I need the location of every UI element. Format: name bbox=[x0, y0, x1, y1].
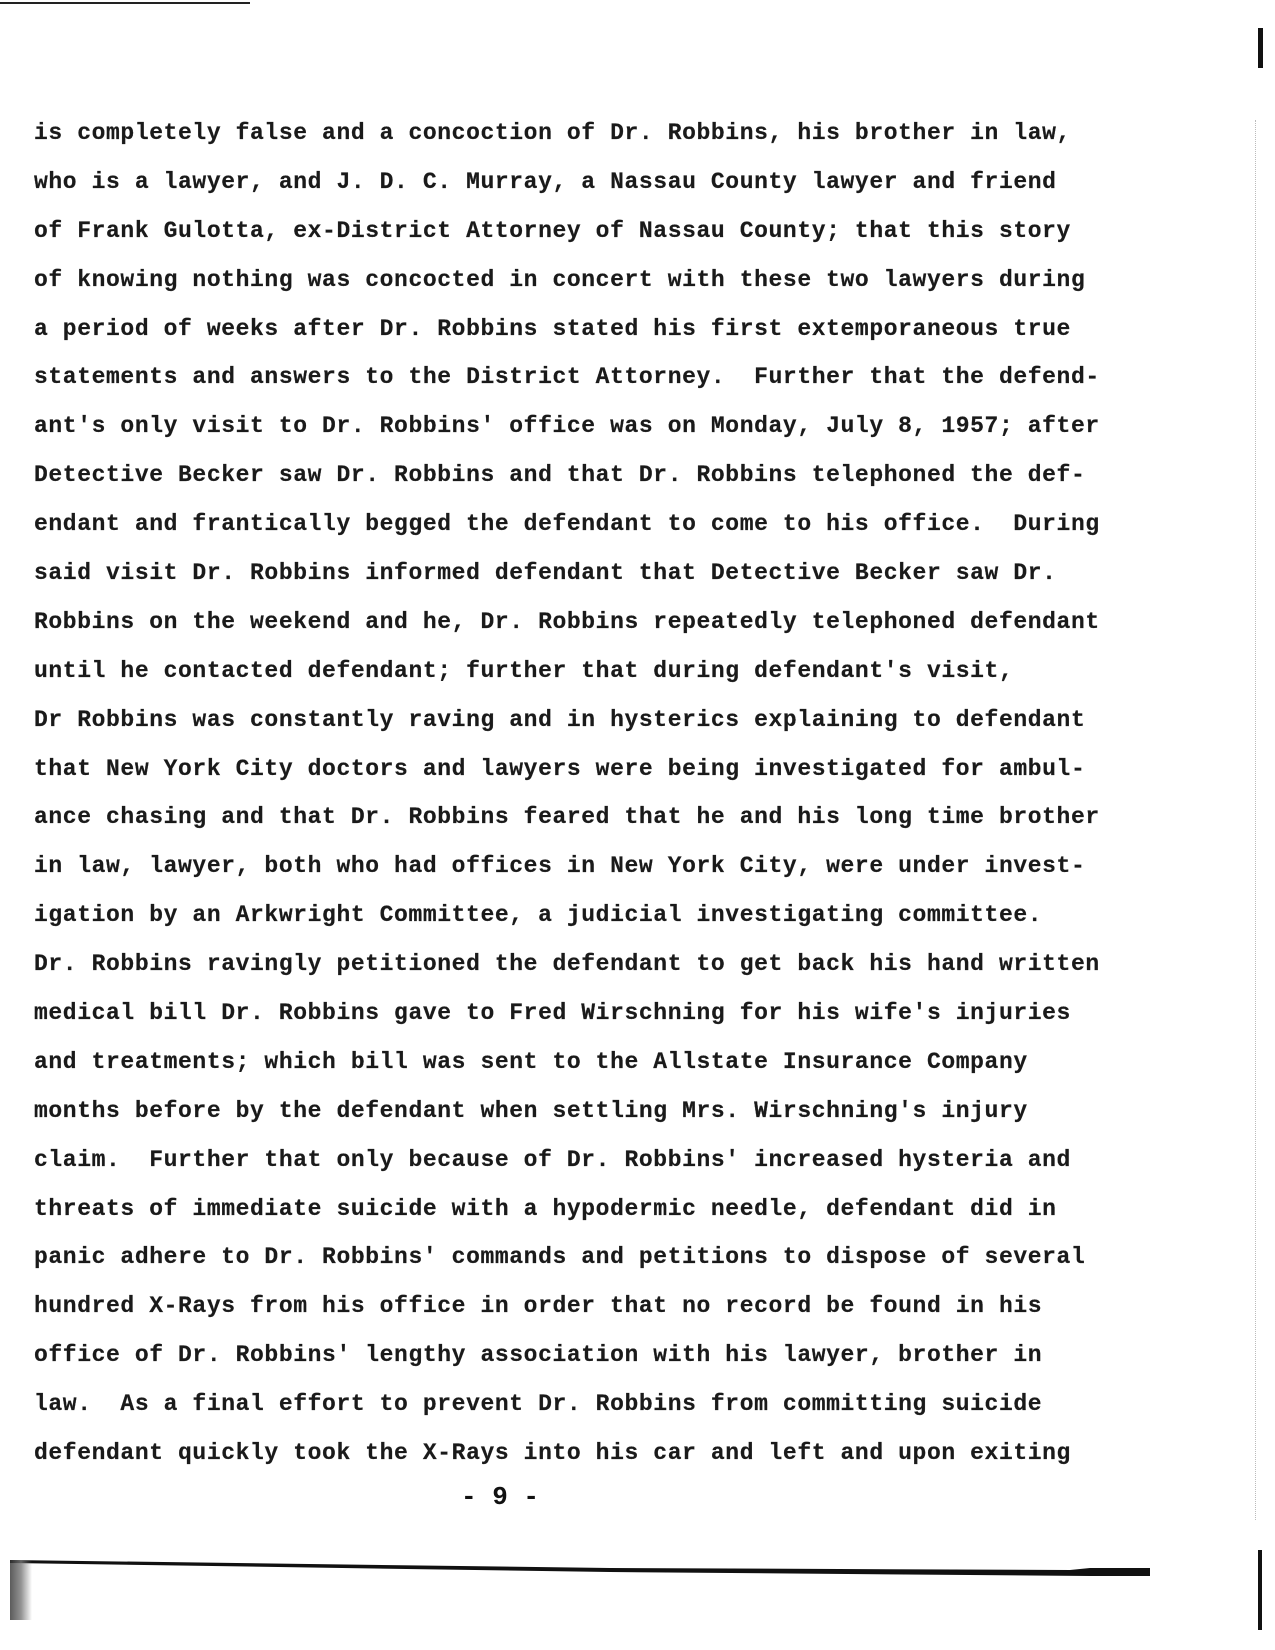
text-line: hundred X-Rays from his office in order … bbox=[34, 1291, 1164, 1340]
scan-smudge bbox=[10, 1560, 32, 1620]
document-page: is completely false and a concoction of … bbox=[0, 0, 1275, 1650]
text-line: igation by an Arkwright Committee, a jud… bbox=[34, 900, 1164, 949]
text-line: claim. Further that only because of Dr. … bbox=[34, 1145, 1164, 1194]
text-line: in law, lawyer, both who had offices in … bbox=[34, 851, 1164, 900]
text-line: law. As a final effort to prevent Dr. Ro… bbox=[34, 1389, 1164, 1438]
text-line: of knowing nothing was concocted in conc… bbox=[34, 265, 1164, 314]
text-line: until he contacted defendant; further th… bbox=[34, 656, 1164, 705]
text-line: ant's only visit to Dr. Robbins' office … bbox=[34, 411, 1164, 460]
scan-edge-mark bbox=[1258, 28, 1263, 68]
text-line: medical bill Dr. Robbins gave to Fred Wi… bbox=[34, 998, 1164, 1047]
bottom-rule bbox=[10, 1560, 1150, 1576]
text-line: a period of weeks after Dr. Robbins stat… bbox=[34, 314, 1164, 363]
page-number: - 9 - bbox=[0, 1482, 1000, 1512]
text-line: Robbins on the weekend and he, Dr. Robbi… bbox=[34, 607, 1164, 656]
scan-edge-mark-bottom bbox=[1258, 1550, 1262, 1630]
text-line: threats of immediate suicide with a hypo… bbox=[34, 1194, 1164, 1243]
text-line: statements and answers to the District A… bbox=[34, 362, 1164, 411]
text-line: that New York City doctors and lawyers w… bbox=[34, 754, 1164, 803]
body-text: is completely false and a concoction of … bbox=[34, 118, 1164, 1487]
text-line: defendant quickly took the X-Rays into h… bbox=[34, 1438, 1164, 1487]
text-line: said visit Dr. Robbins informed defendan… bbox=[34, 558, 1164, 607]
text-line: Dr Robbins was constantly raving and in … bbox=[34, 705, 1164, 754]
text-line: is completely false and a concoction of … bbox=[34, 118, 1164, 167]
scan-margin-artifact bbox=[1255, 120, 1257, 1520]
text-line: panic adhere to Dr. Robbins' commands an… bbox=[34, 1242, 1164, 1291]
text-line: of Frank Gulotta, ex-District Attorney o… bbox=[34, 216, 1164, 265]
scan-edge-line bbox=[0, 2, 250, 4]
text-line: Detective Becker saw Dr. Robbins and tha… bbox=[34, 460, 1164, 509]
text-line: ance chasing and that Dr. Robbins feared… bbox=[34, 802, 1164, 851]
text-line: endant and frantically begged the defend… bbox=[34, 509, 1164, 558]
text-line: months before by the defendant when sett… bbox=[34, 1096, 1164, 1145]
text-line: Dr. Robbins ravingly petitioned the defe… bbox=[34, 949, 1164, 998]
text-line: office of Dr. Robbins' lengthy associati… bbox=[34, 1340, 1164, 1389]
text-line: and treatments; which bill was sent to t… bbox=[34, 1047, 1164, 1096]
text-line: who is a lawyer, and J. D. C. Murray, a … bbox=[34, 167, 1164, 216]
